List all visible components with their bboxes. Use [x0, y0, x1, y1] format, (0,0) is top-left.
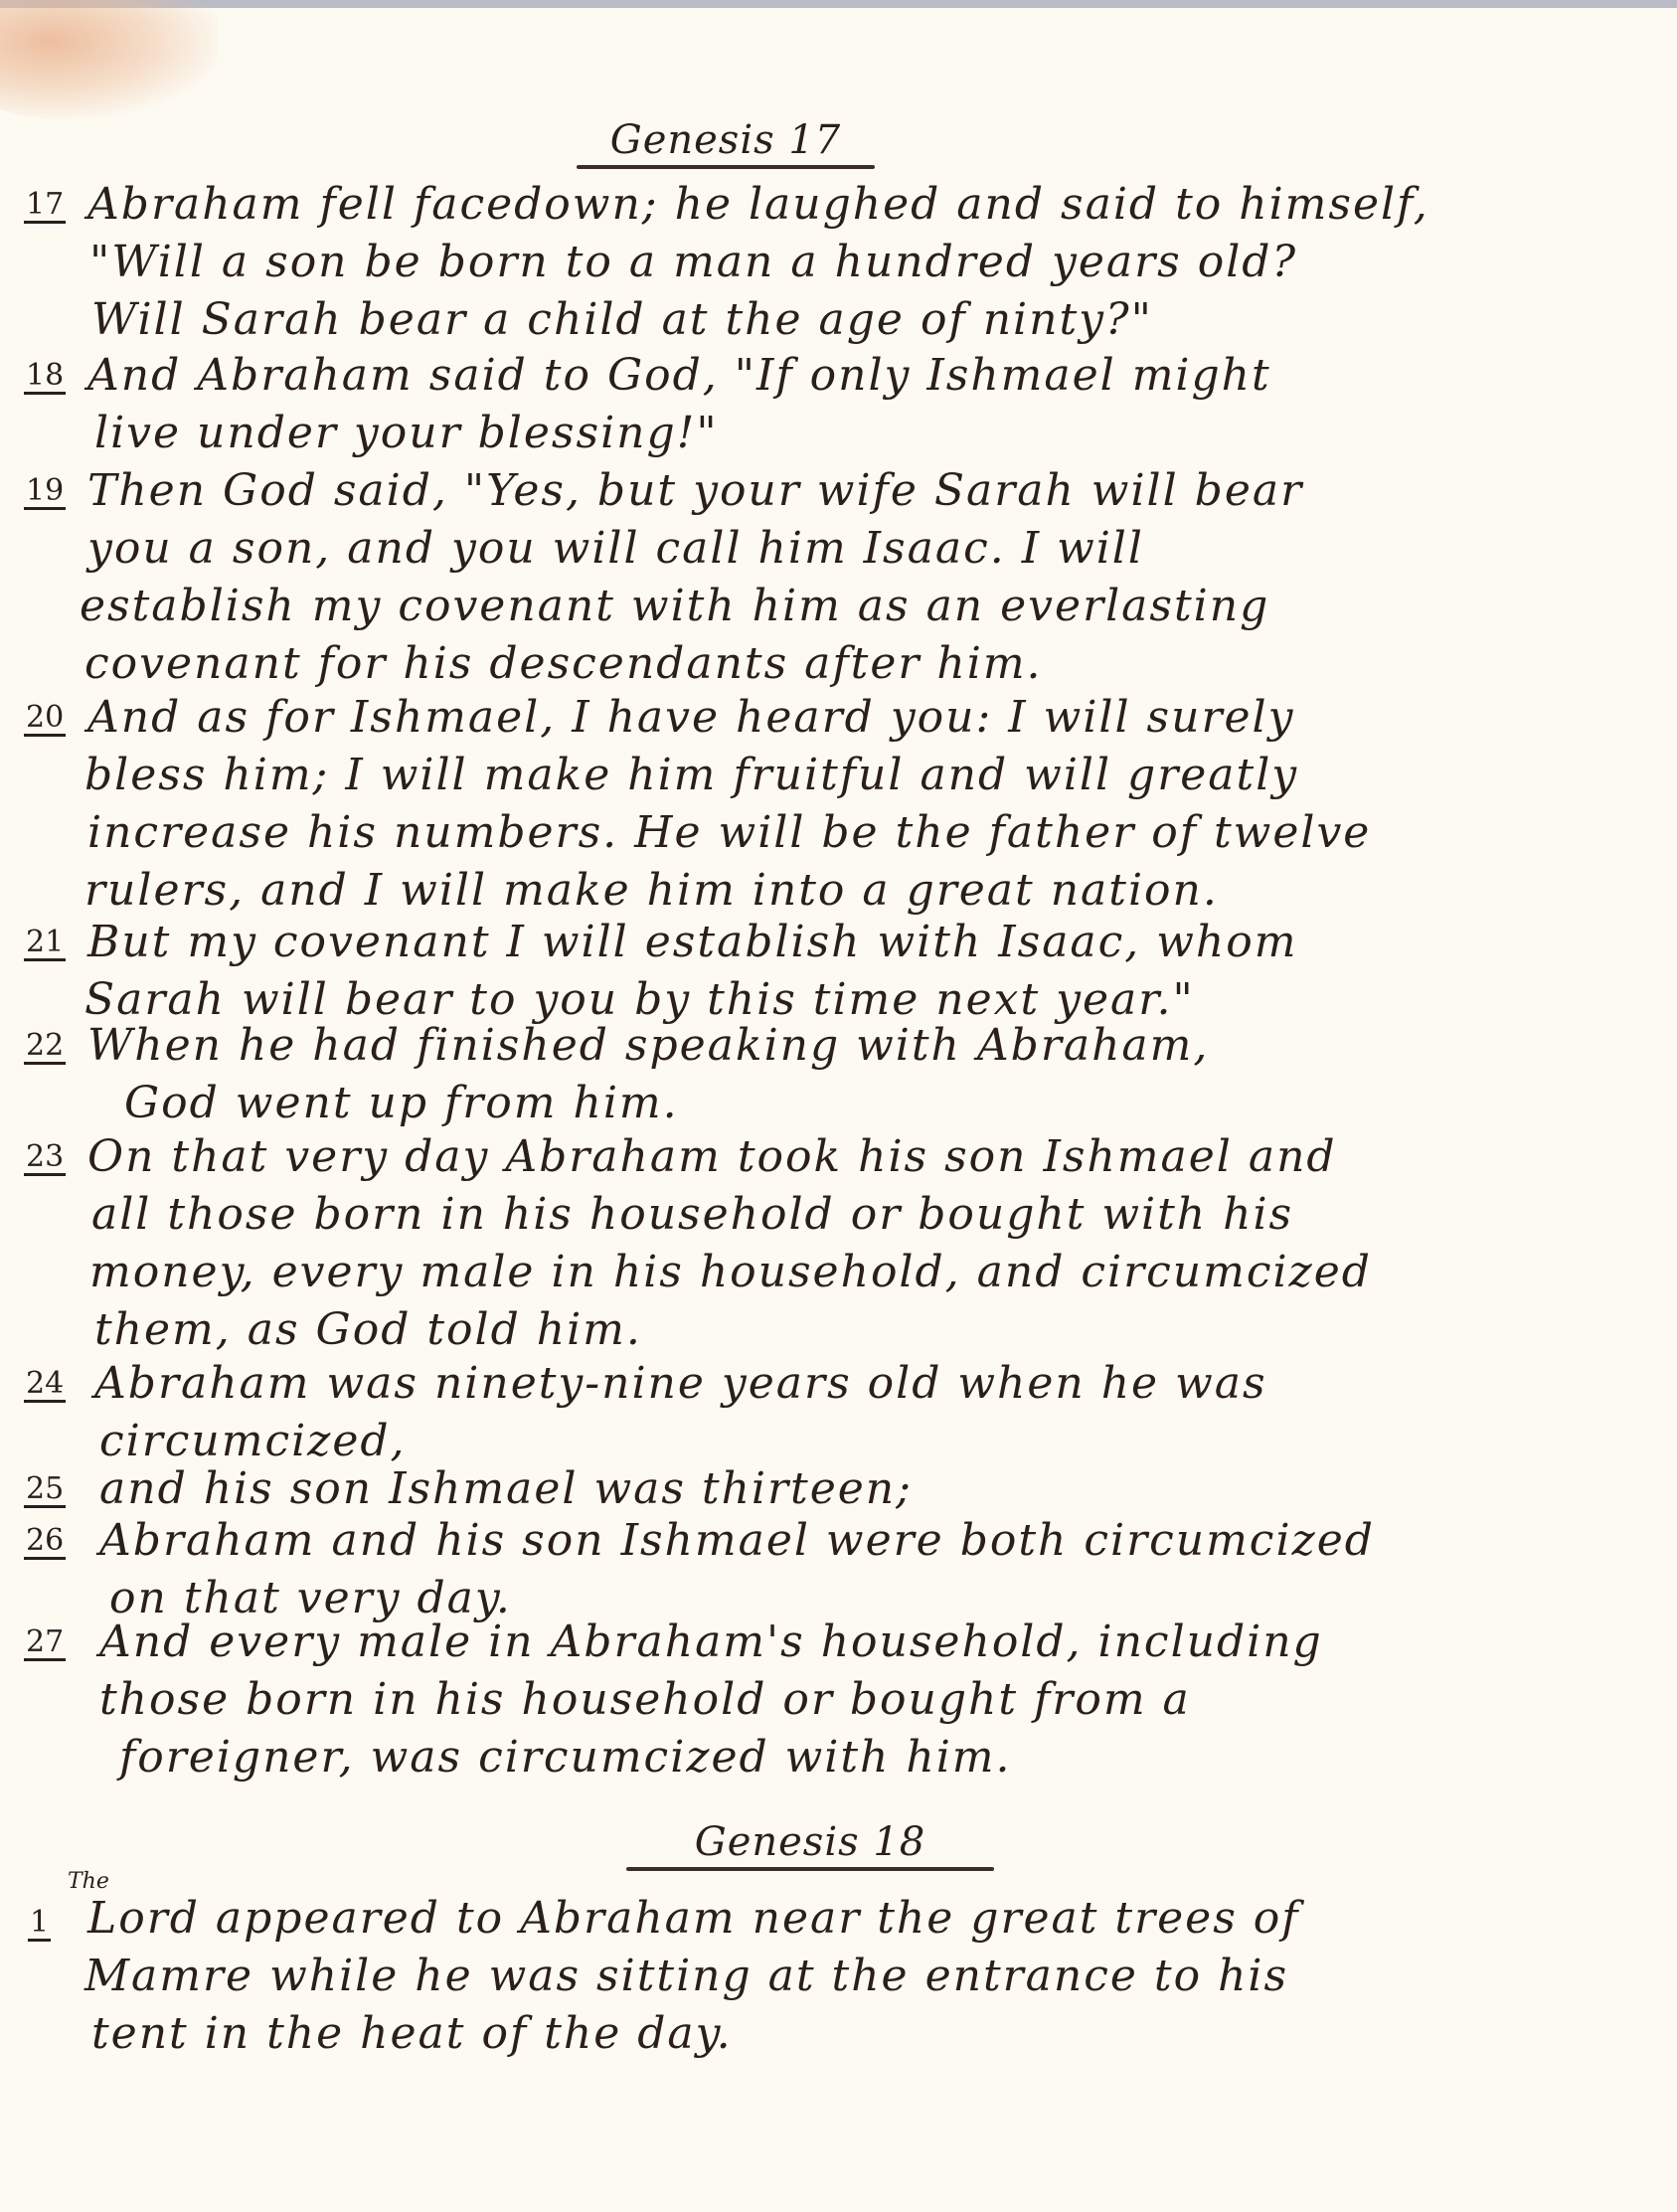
verse-line: Abraham was ninety-nine years old when h… [94, 1356, 1267, 1412]
verse-line: covenant for his descendants after him. [84, 636, 1043, 692]
verse-line: Lord appeared to Abraham near the great … [87, 1891, 1300, 1947]
verse-line: Then God said, "Yes, but your wife Sarah… [87, 463, 1303, 519]
verse-line: Abraham and his son Ishmael were both ci… [99, 1513, 1375, 1569]
verse-number: 19 [24, 475, 66, 510]
verse-line: increase his numbers. He will be the fat… [87, 805, 1371, 861]
verse-line: But my covenant I will establish with Is… [87, 915, 1298, 970]
verse-line: bless him; I will make him fruitful and … [84, 748, 1298, 803]
verse-number: 24 [24, 1368, 66, 1403]
verse-line: live under your blessing!" [94, 406, 719, 461]
verse-line: establish my covenant with him as an eve… [80, 579, 1269, 634]
handwritten-page: Genesis 17 17 Abraham fell facedown; he … [0, 0, 1677, 2212]
verse-line: foreigner, was circumcized with him. [119, 1730, 1012, 1786]
verse-line: And every male in Abraham's household, i… [99, 1615, 1323, 1670]
verse-line: And as for Ishmael, I have heard you: I … [87, 690, 1294, 746]
verse-line: those born in his household or bought fr… [99, 1672, 1191, 1728]
verse-number: 21 [24, 927, 66, 961]
verse-number: 26 [24, 1525, 66, 1560]
verse-line: Abraham fell facedown; he laughed and sa… [87, 177, 1429, 233]
verse-line: And Abraham said to God, "If only Ishmae… [87, 348, 1271, 404]
heading-text: Genesis 17 [610, 117, 842, 163]
verse-line: you a son, and you will call him Isaac. … [87, 521, 1144, 577]
verse-line: all those born in his household or bough… [91, 1187, 1293, 1243]
verse-line: money, every male in his household, and … [89, 1245, 1372, 1300]
verse-line: Mamre while he was sitting at the entran… [84, 1949, 1288, 2004]
verse-number: 27 [24, 1626, 66, 1661]
verse-number: 22 [24, 1030, 66, 1065]
verse-number: 1 [28, 1907, 51, 1942]
verse-line: and his son Ishmael was thirteen; [99, 1461, 913, 1517]
verse-line: On that very day Abraham took his son Is… [87, 1129, 1337, 1185]
verse-line: God went up from him. [124, 1076, 679, 1131]
verse-number: 18 [24, 360, 66, 395]
verse-number: 17 [24, 189, 66, 224]
verse-line: them, as God told him. [94, 1302, 642, 1358]
verse-number: 20 [24, 702, 66, 737]
section-heading-genesis-17: Genesis 17 [577, 117, 875, 169]
section-heading-genesis-18: Genesis 18 [626, 1819, 994, 1871]
verse-line: rulers, and I will make him into a great… [84, 863, 1219, 919]
verse-number: 25 [24, 1473, 66, 1508]
verse-number: 23 [24, 1141, 66, 1176]
heading-underline [626, 1867, 994, 1871]
verse-line: tent in the heat of the day. [91, 2006, 733, 2062]
heading-text: Genesis 18 [695, 1819, 926, 1865]
verse-line: When he had finished speaking with Abrah… [87, 1018, 1209, 1074]
verse-line: "Will a son be born to a man a hundred y… [89, 235, 1297, 290]
verse-line: Will Sarah bear a child at the age of ni… [91, 292, 1153, 348]
heading-underline [577, 165, 875, 169]
